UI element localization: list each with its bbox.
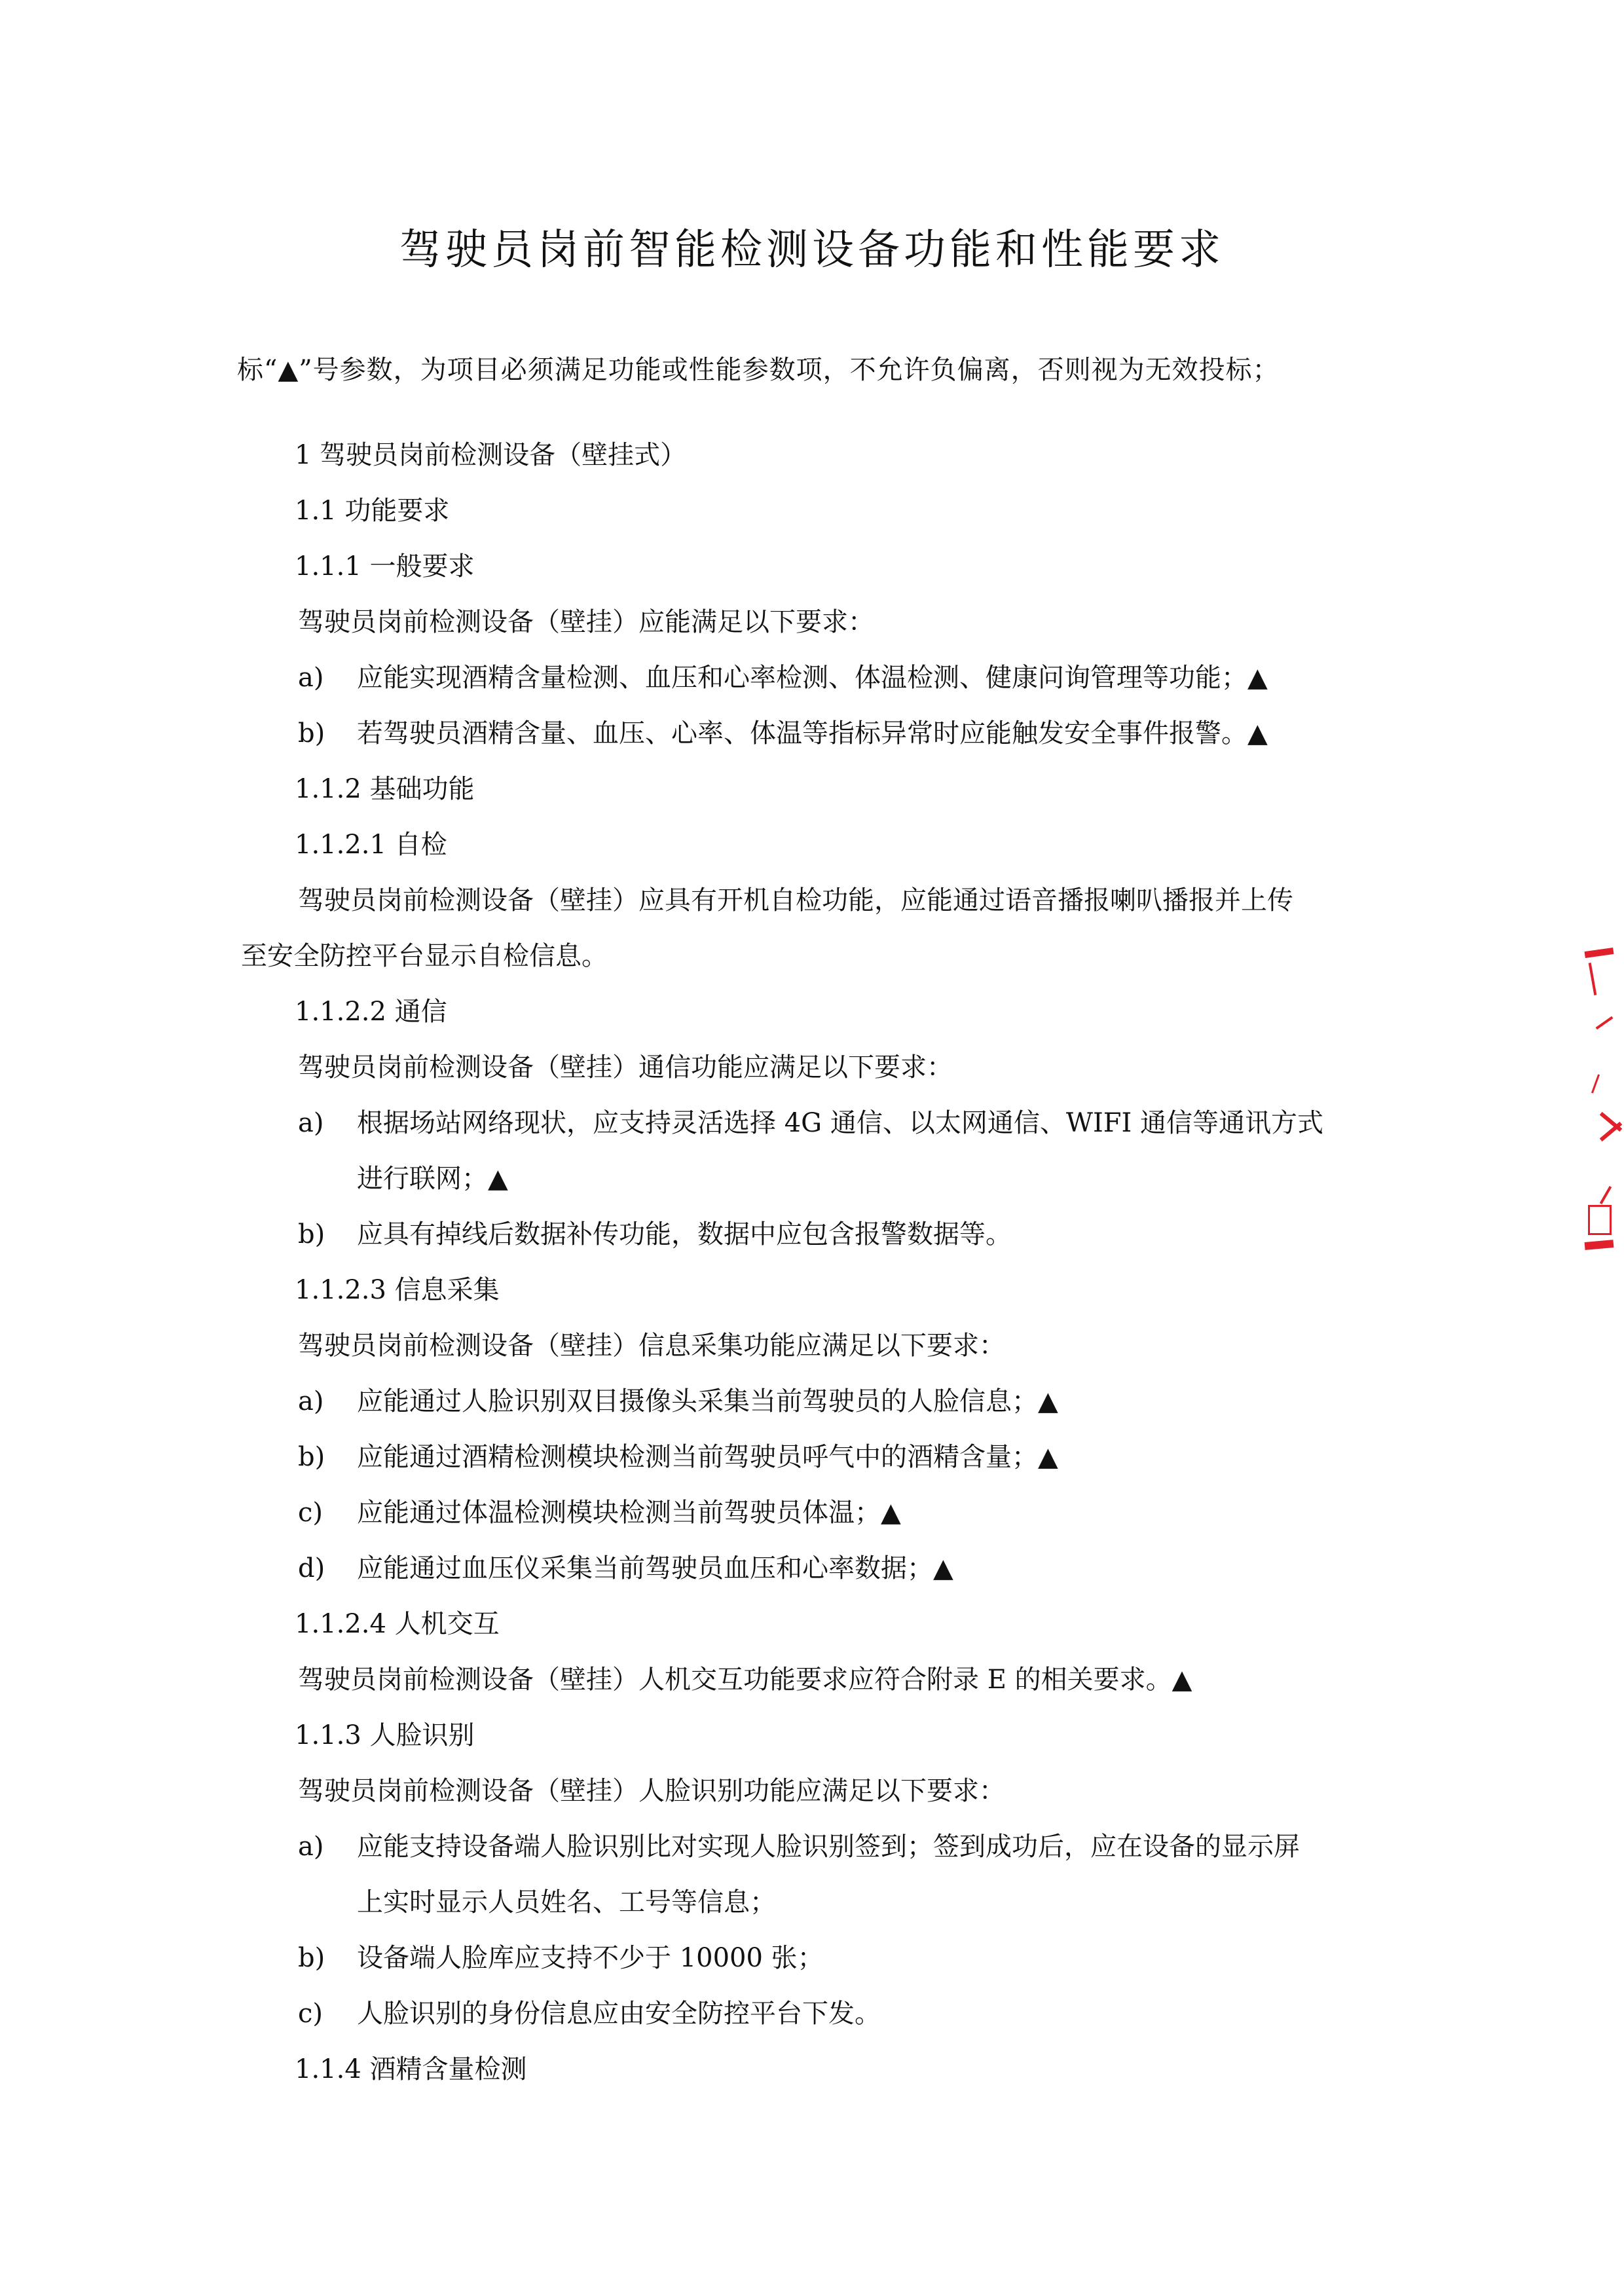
list-text: 应能支持设备端人脸识别比对实现人脸识别签到；签到成功后，应在设备的显示屏 (357, 1832, 1300, 1862)
list-label: a) (298, 1827, 357, 1866)
list-text: 设备端人脸库应支持不少于 10000 张； (357, 1943, 824, 1973)
list-text: 根据场站网络现状，应支持灵活选择 4G 通信、以太网通信、WIFI 通信等通讯方… (357, 1108, 1323, 1138)
list-label: a) (298, 1103, 357, 1143)
paragraph: 驾驶员岗前检测设备（壁挂）人脸识别功能应满足以下要求： (298, 1771, 1005, 1811)
list-label: c) (298, 1994, 357, 2033)
list-item: a)应能实现酒精含量检测、血压和心率检测、体温检测、健康问询管理等功能；▲ (298, 658, 1268, 697)
heading-1-1-2-1: 1.1.2.1 自检 (295, 825, 447, 864)
list-label: b) (298, 714, 357, 753)
list-label: b) (298, 1215, 357, 1254)
list-label: c) (298, 1493, 357, 1532)
list-item: c)应能通过体温检测模块检测当前驾驶员体温；▲ (298, 1493, 901, 1532)
heading-1-1-2-2: 1.1.2.2 通信 (295, 992, 447, 1031)
list-item: b)设备端人脸库应支持不少于 10000 张； (298, 1938, 824, 1978)
heading-1-1-1: 1.1.1 一般要求 (295, 547, 475, 586)
list-item: a)应能通过人脸识别双目摄像头采集当前驾驶员的人脸信息；▲ (298, 1382, 1058, 1421)
paragraph-continuation: 至安全防控平台显示自检信息。 (241, 936, 608, 976)
list-text: 人脸识别的身份信息应由安全防控平台下发。 (357, 1999, 881, 2029)
heading-1-1-3: 1.1.3 人脸识别 (295, 1716, 475, 1755)
heading-1-1-4: 1.1.4 酒精含量检测 (295, 2050, 527, 2089)
bid-notice: 标“▲”号参数，为项目必须满足功能或性能参数项，不允许负偏离，否则视为无效投标； (237, 350, 1280, 390)
paragraph: 驾驶员岗前检测设备（壁挂）信息采集功能应满足以下要求： (298, 1326, 1005, 1365)
list-label: d) (298, 1549, 357, 1588)
list-item: c)人脸识别的身份信息应由安全防控平台下发。 (298, 1994, 881, 2033)
heading-1-1-2: 1.1.2 基础功能 (295, 769, 475, 809)
heading-1: 1 驾驶员岗前检测设备（壁挂式） (295, 435, 686, 475)
document-title: 驾驶员岗前智能检测设备功能和性能要求 (0, 216, 1624, 276)
list-label: b) (298, 1938, 357, 1978)
paragraph: 驾驶员岗前检测设备（壁挂）通信功能应满足以下要求： (298, 1048, 953, 1087)
list-text: 若驾驶员酒精含量、血压、心率、体温等指标异常时应能触发安全事件报警。▲ (357, 718, 1268, 749)
list-label: a) (298, 1382, 357, 1421)
list-text: 应能通过人脸识别双目摄像头采集当前驾驶员的人脸信息；▲ (357, 1386, 1058, 1416)
list-item: a)应能支持设备端人脸识别比对实现人脸识别签到；签到成功后，应在设备的显示屏 (298, 1827, 1300, 1866)
list-label: b) (298, 1437, 357, 1477)
list-text: 应具有掉线后数据补传功能，数据中应包含报警数据等。 (357, 1219, 1012, 1249)
list-text: 应能通过血压仪采集当前驾驶员血压和心率数据；▲ (357, 1553, 953, 1583)
paragraph: 驾驶员岗前检测设备（壁挂）应具有开机自检功能，应能通过语音播报喇叭播报并上传 (298, 881, 1293, 920)
list-label: a) (298, 658, 357, 697)
paragraph: 驾驶员岗前检测设备（壁挂）应能满足以下要求： (298, 602, 874, 642)
list-item: b)应能通过酒精检测模块检测当前驾驶员呼气中的酒精含量；▲ (298, 1437, 1058, 1477)
list-item: b)应具有掉线后数据补传功能，数据中应包含报警数据等。 (298, 1215, 1012, 1254)
list-item: a)根据场站网络现状，应支持灵活选择 4G 通信、以太网通信、WIFI 通信等通… (298, 1103, 1323, 1143)
heading-1-1-2-4: 1.1.2.4 人机交互 (295, 1604, 500, 1644)
paragraph: 驾驶员岗前检测设备（壁挂）人机交互功能要求应符合附录 E 的相关要求。▲ (298, 1660, 1192, 1699)
heading-1-1-2-3: 1.1.2.3 信息采集 (295, 1270, 500, 1310)
list-text: 应能通过酒精检测模块检测当前驾驶员呼气中的酒精含量；▲ (357, 1442, 1058, 1472)
red-seal-stamp-icon (1559, 943, 1611, 1270)
list-item: d)应能通过血压仪采集当前驾驶员血压和心率数据；▲ (298, 1549, 953, 1588)
list-text: 应能通过体温检测模块检测当前驾驶员体温；▲ (357, 1498, 901, 1528)
list-item-continuation: 上实时显示人员姓名、工号等信息； (357, 1883, 776, 1922)
list-item: b)若驾驶员酒精含量、血压、心率、体温等指标异常时应能触发安全事件报警。▲ (298, 714, 1268, 753)
list-item-continuation: 进行联网；▲ (357, 1159, 508, 1198)
heading-1-1: 1.1 功能要求 (295, 491, 449, 530)
document-page: 驾驶员岗前智能检测设备功能和性能要求 标“▲”号参数，为项目必须满足功能或性能参… (0, 0, 1624, 2292)
list-text: 应能实现酒精含量检测、血压和心率检测、体温检测、健康问询管理等功能；▲ (357, 663, 1268, 693)
